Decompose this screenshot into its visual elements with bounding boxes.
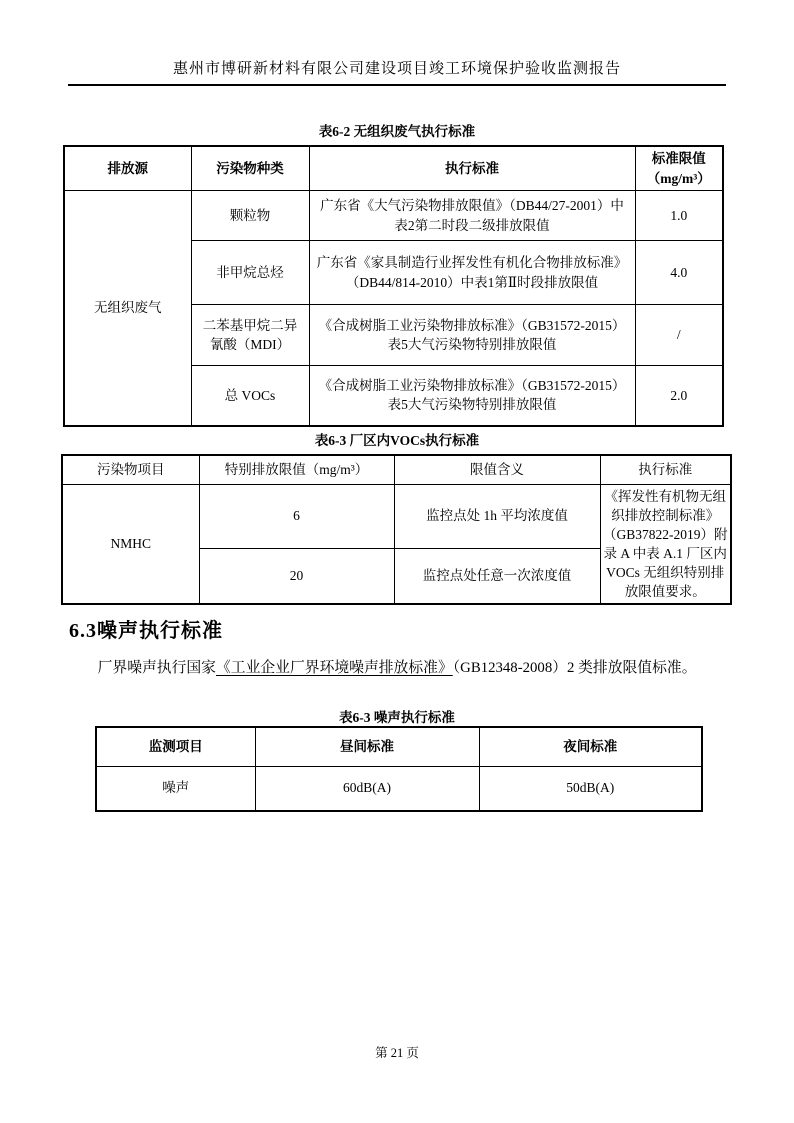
col-header-limit: 标准限值 （mg/m³） bbox=[635, 146, 723, 191]
paragraph-text: 厂界噪声执行国家 bbox=[98, 660, 216, 676]
pollutant-cell: 二苯基甲烷二异氰酸（MDI） bbox=[191, 305, 309, 366]
pollutant-cell: 颗粒物 bbox=[191, 191, 309, 241]
table-header-row: 监测项目 昼间标准 夜间标准 bbox=[96, 727, 702, 766]
standard-cell: 广东省《大气污染物排放限值》（DB44/27-2001）中表2第二时段二级排放限… bbox=[309, 191, 635, 241]
limit-cell: 4.0 bbox=[635, 241, 723, 305]
pollutant-cell: 总 VOCs bbox=[191, 366, 309, 426]
waste-gas-standards-table: 排放源 污染物种类 执行标准 标准限值 （mg/m³） 无组织废气 颗粒物 广东… bbox=[63, 145, 724, 427]
noise-standard-paragraph: 厂界噪声执行国家《工业企业厂界环境噪声排放标准》（GB12348-2008）2 … bbox=[68, 650, 728, 686]
item-cell: 噪声 bbox=[96, 766, 255, 811]
document-header-title: 惠州市博研新材料有限公司建设项目竣工环境保护验收监测报告 bbox=[0, 57, 794, 78]
vocs-standards-table: 污染物项目 特别排放限值（mg/m³） 限值含义 执行标准 NMHC 6 监控点… bbox=[61, 454, 732, 605]
day-value-cell: 60dB(A) bbox=[255, 766, 479, 811]
section-heading-noise: 6.3噪声执行标准 bbox=[69, 614, 223, 643]
night-value-cell: 50dB(A) bbox=[479, 766, 702, 811]
waste-gas-table-title: 表6-2 无组织废气执行标准 bbox=[0, 120, 794, 140]
standard-cell: 《合成树脂工业污染物排放标准》（GB31572-2015）表5大气污染物特别排放… bbox=[309, 366, 635, 426]
limit-cell: 1.0 bbox=[635, 191, 723, 241]
underlined-standard-name: 《工业企业厂界环境噪声排放标准》 bbox=[216, 660, 453, 676]
col-header-pollutant: 污染物种类 bbox=[191, 146, 309, 191]
col-header-standard: 执行标准 bbox=[309, 146, 635, 191]
meaning-cell: 监控点处 1h 平均浓度值 bbox=[394, 484, 600, 548]
standard-cell: 《合成树脂工业污染物排放标准》（GB31572-2015）表5大气污染物特别排放… bbox=[309, 305, 635, 366]
table-row: 噪声 60dB(A) 50dB(A) bbox=[96, 766, 702, 811]
standard-cell: 广东省《家具制造行业挥发性有机化合物排放标准》（DB44/814-2010）中表… bbox=[309, 241, 635, 305]
noise-standards-table: 监测项目 昼间标准 夜间标准 噪声 60dB(A) 50dB(A) bbox=[95, 726, 703, 812]
vocs-table-title: 表6-3 厂区内VOCs执行标准 bbox=[0, 429, 794, 449]
source-cell: 无组织废气 bbox=[64, 191, 191, 426]
limit-cell: 6 bbox=[199, 484, 394, 548]
noise-table-title: 表6-3 噪声执行标准 bbox=[0, 706, 794, 726]
paragraph-text: （GB12348-2008）2 类排放限值标准。 bbox=[453, 660, 697, 676]
table-header-row: 排放源 污染物种类 执行标准 标准限值 （mg/m³） bbox=[64, 146, 723, 191]
col-header-day: 昼间标准 bbox=[255, 727, 479, 766]
col-header-limit: 特别排放限值（mg/m³） bbox=[199, 455, 394, 484]
header-divider bbox=[68, 84, 726, 86]
table-row: 无组织废气 颗粒物 广东省《大气污染物排放限值》（DB44/27-2001）中表… bbox=[64, 191, 723, 241]
limit-cell: / bbox=[635, 305, 723, 366]
col-header-item: 监测项目 bbox=[96, 727, 255, 766]
limit-cell: 20 bbox=[199, 548, 394, 603]
col-header-night: 夜间标准 bbox=[479, 727, 702, 766]
pollutant-cell: NMHC bbox=[62, 484, 199, 604]
standard-cell: 《挥发性有机物无组织排放控制标准》（GB37822-2019）附录 A 中表 A… bbox=[600, 484, 731, 604]
pollutant-cell: 非甲烷总烃 bbox=[191, 241, 309, 305]
limit-cell: 2.0 bbox=[635, 366, 723, 426]
col-header-source: 排放源 bbox=[64, 146, 191, 191]
page-number-footer: 第 21 页 bbox=[0, 1043, 794, 1061]
col-header-item: 污染物项目 bbox=[62, 455, 199, 484]
table-row: NMHC 6 监控点处 1h 平均浓度值 《挥发性有机物无组织排放控制标准》（G… bbox=[62, 484, 731, 548]
col-header-standard: 执行标准 bbox=[600, 455, 731, 484]
meaning-cell: 监控点处任意一次浓度值 bbox=[394, 548, 600, 603]
col-header-meaning: 限值含义 bbox=[394, 455, 600, 484]
table-header-row: 污染物项目 特别排放限值（mg/m³） 限值含义 执行标准 bbox=[62, 455, 731, 484]
